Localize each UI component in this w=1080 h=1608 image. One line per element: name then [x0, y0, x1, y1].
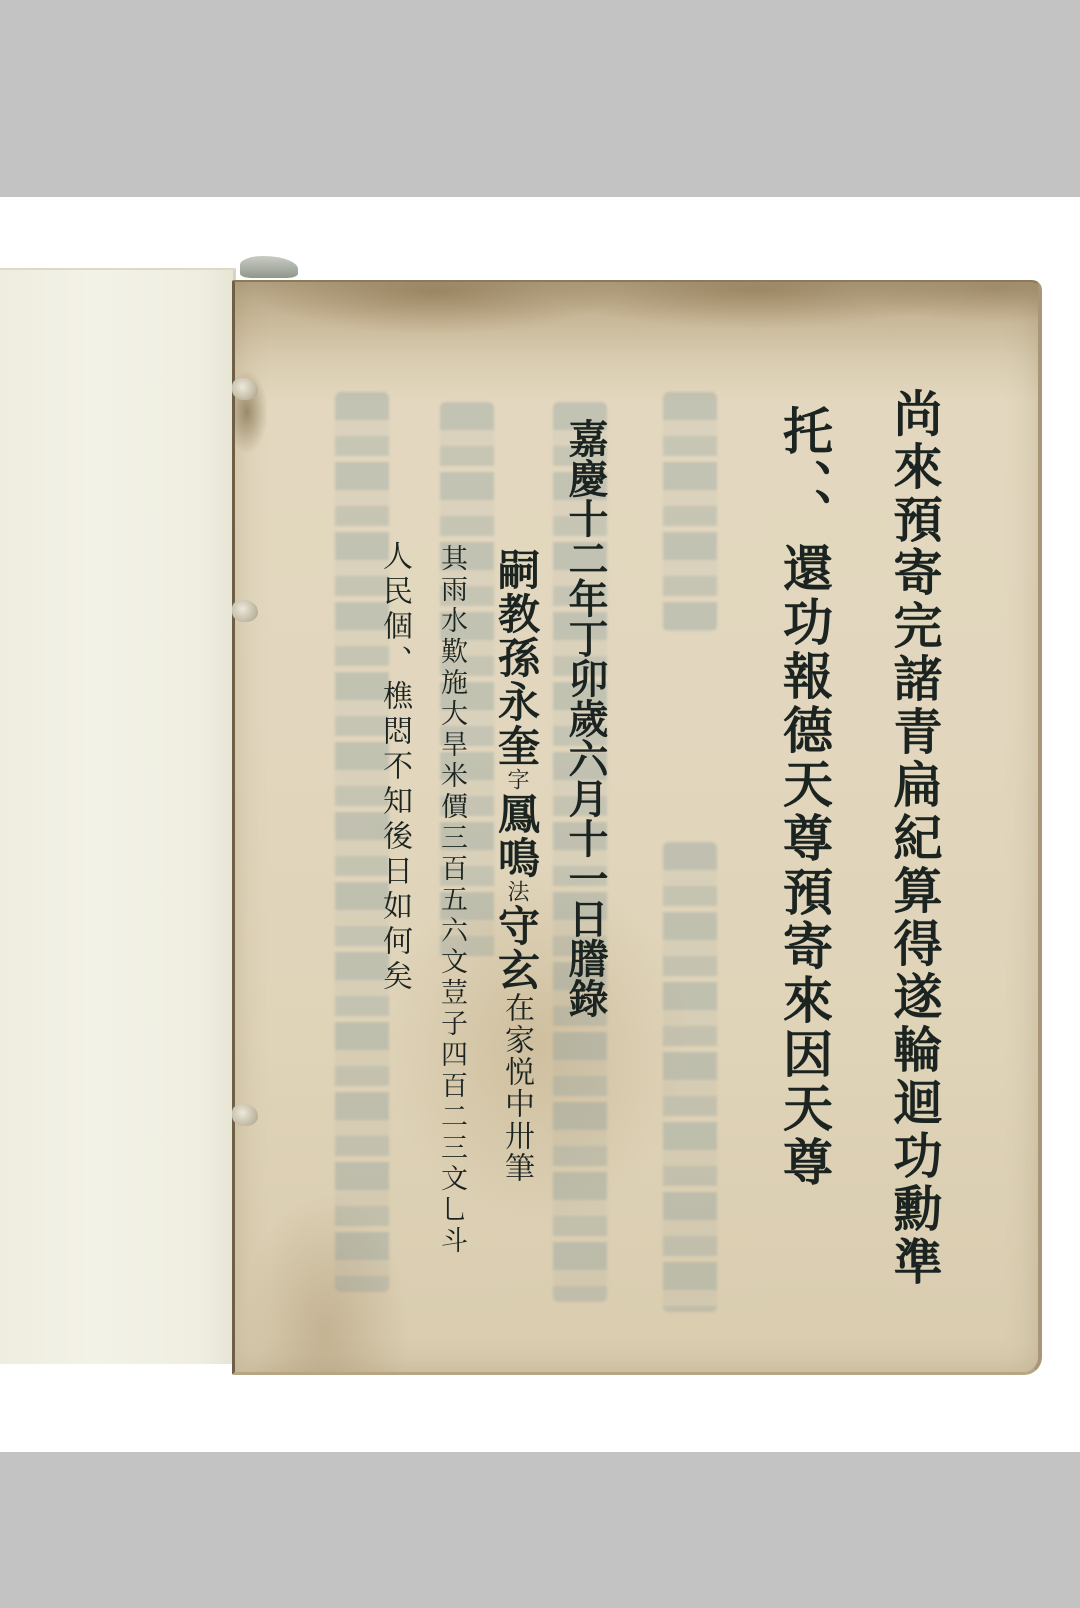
text-column-5-prices: 其雨水歎施大旱米價三百五六文荳子四百二三文乚斗 [432, 544, 471, 1257]
column-2-segment-1: 托、、 [775, 405, 834, 542]
courtesy-name-label: 字 [504, 768, 529, 792]
copyist-name: 嗣教孫永奎 [492, 548, 541, 768]
water-stain-top [235, 282, 1038, 352]
column-2-segment-2: 還功報德天尊 [775, 542, 834, 866]
binding-thread-knot [232, 1104, 258, 1126]
scan-top-band [0, 0, 1080, 197]
bleed-through-column [663, 842, 717, 1312]
text-column-4-copyist: 嗣教孫永奎字鳳鳴法守玄在家悦中卅筆 [486, 548, 546, 1184]
binding-thread-top [240, 256, 298, 278]
scan-bottom-band [0, 1452, 1080, 1608]
text-column-3-date: 嘉慶十二年丁卯歲六月十一日謄錄 [557, 418, 614, 1018]
column-2-segment-3: 預寄來因天尊 [775, 866, 834, 1190]
blank-left-leaf [0, 268, 236, 1364]
bleed-through-column [663, 392, 717, 632]
copyist-note: 在家悦中卅筆 [499, 992, 534, 1184]
binding-thread-knot [232, 378, 258, 400]
dharma-name: 守玄 [492, 904, 541, 992]
courtesy-name: 鳳鳴 [492, 792, 541, 880]
binding-thread-knot [232, 600, 258, 622]
dharma-name-label: 法 [504, 880, 529, 904]
text-column-1: 尚來預寄完諸青扁紀算得遂輪迴功勳準 [880, 388, 950, 1289]
text-column-2: 托、、還功報德天尊預寄來因天尊 [768, 405, 840, 1190]
text-column-6-remark: 人民個、樵悶不知後日如何矣 [372, 540, 416, 995]
